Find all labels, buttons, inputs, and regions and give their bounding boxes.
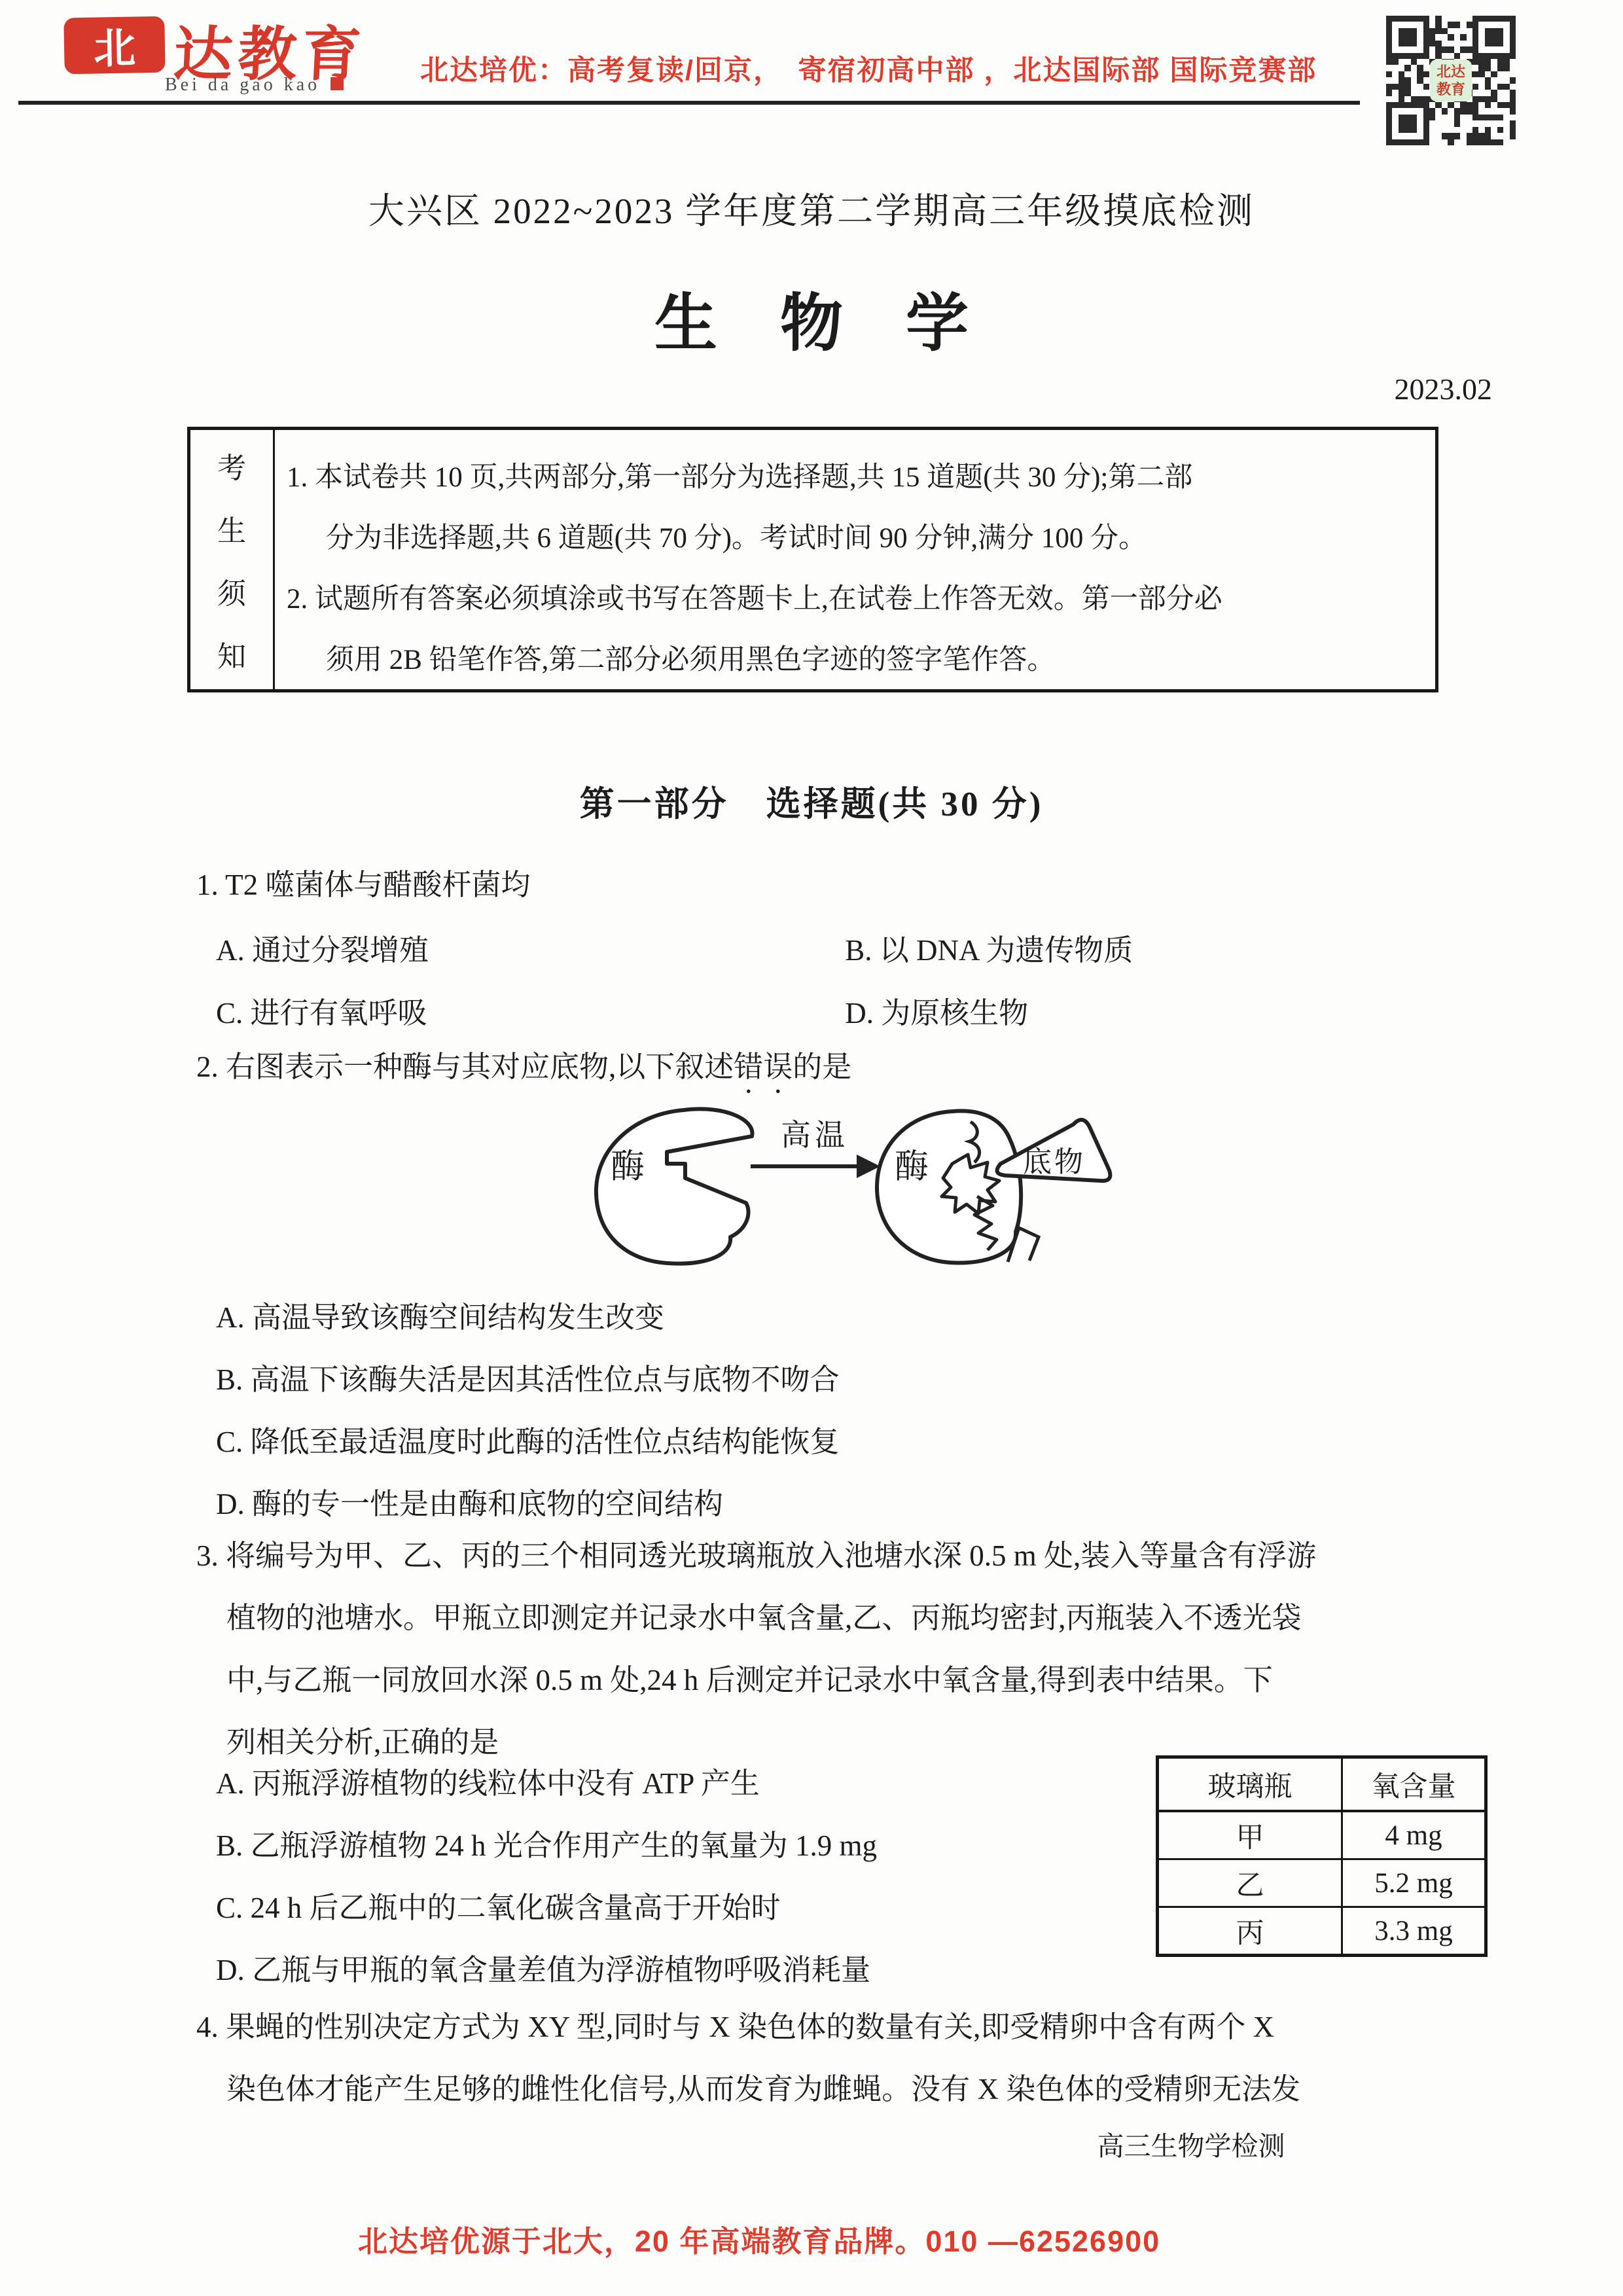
option-3b: B. 乙瓶浮游植物 24 h 光合作用产生的氧量为 1.9 mg <box>216 1815 877 1877</box>
cell-bottle: 丙 <box>1158 1907 1342 1956</box>
question-3-options: A. 丙瓶浮游植物的线粒体中没有 ATP 产生 B. 乙瓶浮游植物 24 h 光… <box>216 1753 877 2001</box>
enzyme-left-label: 酶 <box>611 1149 645 1186</box>
option-1b: B. 以 DNA 为遗传物质 <box>845 934 1133 967</box>
subject-title: 生 物 学 <box>0 274 1623 363</box>
question-3-stem: 3. 将编号为甲、乙、丙的三个相同透光玻璃瓶放入池塘水深 0.5 m 处,装入等… <box>196 1525 1316 1774</box>
table-row: 乙 5.2 mg <box>1158 1859 1486 1907</box>
cell-bottle: 乙 <box>1158 1859 1342 1907</box>
notice-line: 分为非选择题,共 6 道题(共 70 分)。考试时间 90 分钟,满分 100 … <box>287 508 1429 569</box>
arrow-label: 高温 <box>781 1119 849 1152</box>
qr-label-line2: 教育 <box>1436 81 1465 98</box>
question-1-stem: 1. T2 噬菌体与醋酸杆菌均 <box>196 865 530 905</box>
option-1a: A. 通过分裂增殖 <box>216 919 838 982</box>
table-header-row: 玻璃瓶 氧含量 <box>1158 1757 1486 1812</box>
notice-label-char: 须 <box>217 570 246 612</box>
substrate-label: 底物 <box>1023 1146 1086 1178</box>
option-3c: C. 24 h 后乙瓶中的二氧化碳含量高于开始时 <box>216 1877 877 1939</box>
cell-oxygen: 5.2 mg <box>1342 1859 1486 1907</box>
option-1d: D. 为原核生物 <box>845 997 1028 1030</box>
question-2-stem-emphasis: 错误 <box>734 1050 793 1083</box>
notice-label-char: 生 <box>217 507 246 549</box>
section-heading: 第一部分 选择题(共 30 分) <box>0 776 1623 826</box>
question-1-options: A. 通过分裂增殖 B. 以 DNA 为遗传物质 C. 进行有氧呼吸 D. 为原… <box>216 919 1499 1045</box>
table-row: 丙 3.3 mg <box>1158 1907 1486 1956</box>
candidate-notice-box: 考 生 须 知 1. 本试卷共 10 页,共两部分,第一部分为选择题,共 15 … <box>187 427 1438 692</box>
enzyme-substrate-diagram: 酶 高温 酶 底物 <box>586 1098 1135 1271</box>
option-row: C. 进行有氧呼吸 D. 为原核生物 <box>216 982 1499 1045</box>
header-divider <box>18 101 1360 105</box>
stem-line: 3. 将编号为甲、乙、丙的三个相同透光玻璃瓶放入池塘水深 0.5 m 处,装入等… <box>196 1525 1316 1587</box>
option-3a: A. 丙瓶浮游植物的线粒体中没有 ATP 产生 <box>216 1753 877 1815</box>
notice-line: 2. 试题所有答案必须填涂或书写在答题卡上,在试卷上作答无效。第一部分必 <box>287 569 1429 630</box>
enzyme-right-label: 酶 <box>895 1149 929 1186</box>
question-2-stem-prefix: 2. 右图表示一种酶与其对应底物,以下叙述 <box>196 1050 734 1083</box>
question-2-stem: 2. 右图表示一种酶与其对应底物,以下叙述错误的是 <box>196 1047 851 1100</box>
qr-label-line1: 北达 <box>1436 63 1465 81</box>
cell-oxygen: 4 mg <box>1342 1811 1486 1859</box>
exam-date: 2023.02 <box>1322 372 1492 406</box>
brand-logo-subtitle: Bei da gao kao <box>165 75 344 96</box>
option-2c: C. 降低至最适温度时此酶的活性位点结构能恢复 <box>216 1411 840 1473</box>
option-2b: B. 高温下该酶失活是因其活性位点与底物不吻合 <box>216 1349 840 1411</box>
stem-line: 4. 果蝇的性别决定方式为 XY 型,同时与 X 染色体的数量有关,即受精卵中含… <box>196 1996 1300 2058</box>
seal-character: 北 <box>93 14 136 75</box>
page-footer-label: 高三生物学检测 <box>1060 2125 1322 2163</box>
exam-title: 大兴区 2022~2023 学年度第二学期高三年级摸底检测 <box>0 182 1623 234</box>
qr-code: 北达 教育 <box>1386 16 1516 145</box>
header-tagline: 北达培优：高考复读/回京， 寄宿初高中部 ，北达国际部 国际竞赛部 <box>420 48 1317 88</box>
option-3d: D. 乙瓶与甲瓶的氧含量差值为浮游植物呼吸消耗量 <box>216 1939 877 2001</box>
red-square-icon <box>330 77 344 90</box>
cell-bottle: 甲 <box>1158 1811 1342 1859</box>
header-bottle: 玻璃瓶 <box>1158 1757 1342 1812</box>
brand-seal-icon: 北 <box>63 16 165 75</box>
enzyme-left-shape <box>596 1109 753 1263</box>
notice-label-char: 知 <box>217 633 246 675</box>
notice-vertical-label: 考 生 须 知 <box>190 430 275 689</box>
table-row: 甲 4 mg <box>1158 1811 1486 1859</box>
promo-footer: 北达培优源于北大，20 年高端教育品牌。010 —62526900 <box>0 2217 1518 2260</box>
question-4-stem: 4. 果蝇的性别决定方式为 XY 型,同时与 X 染色体的数量有关,即受精卵中含… <box>196 1996 1300 2121</box>
qr-center-label: 北达 教育 <box>1430 60 1472 101</box>
exam-paper-page: 北 达教育 Bei da gao kao 北达培优：高考复读/回京， 寄宿初高中… <box>0 0 1623 2296</box>
option-1c: C. 进行有氧呼吸 <box>216 982 838 1045</box>
option-row: A. 通过分裂增殖 B. 以 DNA 为遗传物质 <box>216 919 1499 982</box>
brand-logo-subtitle-text: Bei da gao kao <box>165 75 320 95</box>
question-2-stem-suffix: 的是 <box>793 1050 851 1083</box>
header-oxygen: 氧含量 <box>1342 1757 1486 1812</box>
stem-line: 植物的池塘水。甲瓶立即测定并记录水中氧含量,乙、丙瓶均密封,丙瓶装入不透光袋 <box>196 1587 1316 1649</box>
question-2-options: A. 高温导致该酶空间结构发生改变 B. 高温下该酶失活是因其活性位点与底物不吻… <box>216 1287 840 1535</box>
notice-line: 须用 2B 铅笔作答,第二部分必须用黑色字迹的签字笔作答。 <box>287 630 1429 691</box>
stem-line: 染色体才能产生足够的雌性化信号,从而发育为雌蝇。没有 X 染色体的受精卵无法发 <box>196 2058 1300 2121</box>
notice-label-char: 考 <box>217 444 246 486</box>
stem-line: 中,与乙瓶一同放回水深 0.5 m 处,24 h 后测定并记录水中氧含量,得到表… <box>196 1649 1316 1712</box>
cell-oxygen: 3.3 mg <box>1342 1907 1486 1956</box>
oxygen-data-table: 玻璃瓶 氧含量 甲 4 mg 乙 5.2 mg 丙 3.3 mg <box>1156 1755 1488 1957</box>
option-2a: A. 高温导致该酶空间结构发生改变 <box>216 1287 840 1349</box>
notice-line: 1. 本试卷共 10 页,共两部分,第一部分为选择题,共 15 道题(共 30 … <box>287 447 1429 508</box>
notice-text: 1. 本试卷共 10 页,共两部分,第一部分为选择题,共 15 道题(共 30 … <box>275 430 1435 689</box>
